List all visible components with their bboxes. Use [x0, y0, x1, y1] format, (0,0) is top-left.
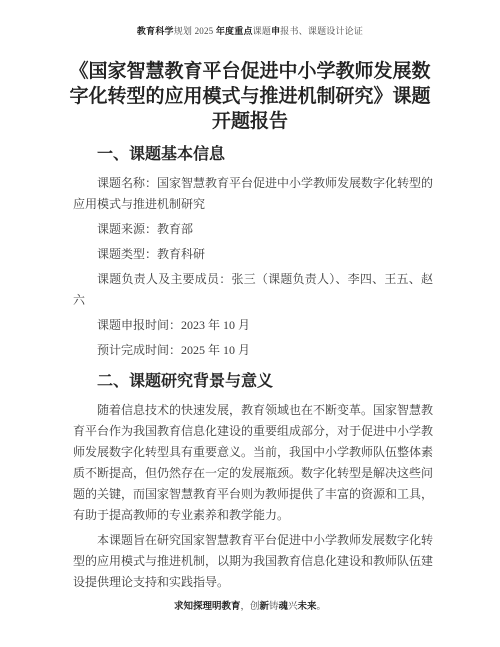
- paragraph-purpose: 本课题旨在研究国家智慧教育平台促进中小学教师发展数字化转型的应用模式与推进机制，…: [73, 530, 433, 593]
- section-heading-background: 二、课题研究背景与意义: [73, 371, 433, 393]
- paragraph-topic-type: 课题类型：教育科研: [73, 244, 433, 265]
- text-segment: 年度重点: [216, 26, 253, 36]
- page-footer-line: 求知探理明教育，创新铸魂兴未来。: [0, 601, 500, 614]
- page-header-line: 教育科学规划 2025 年度重点课题申报书、课题设计论证: [0, 25, 500, 37]
- text-segment: 报书、课题设计论证: [280, 26, 363, 36]
- text-segment: 规划 2025: [174, 26, 216, 36]
- text-segment: 铸: [269, 602, 279, 612]
- paragraph-topic-name: 课题名称：国家智慧教育平台促进中小学教师发展数字化转型的应用模式与推进机制研究: [73, 173, 433, 215]
- paragraph-topic-source: 课题来源：教育部: [73, 219, 433, 240]
- text-segment: 未来: [298, 602, 317, 612]
- text-segment: 教育科学: [137, 26, 174, 36]
- text-segment: 兴: [288, 602, 298, 612]
- text-segment: 求知探理明教育: [174, 602, 241, 612]
- document-page: { "page": { "background": "#ffffff", "bo…: [0, 0, 500, 647]
- paragraph-topic-members: 课题负责人及主要成员：张三（课题负责人）、李四、王五、赵六: [73, 269, 433, 311]
- document-body: 一、课题基本信息 课题名称：国家智慧教育平台促进中小学教师发展数字化转型的应用模…: [73, 144, 433, 593]
- text-segment: ，创: [240, 602, 259, 612]
- text-segment: 课题: [253, 26, 271, 36]
- text-segment: 新: [259, 602, 269, 612]
- paragraph-background: 随着信息技术的快速发展，教育领域也在不断变革。国家智慧教育平台作为我国教育信息化…: [73, 400, 433, 526]
- text-segment: 魂: [279, 602, 289, 612]
- document-title: 《国家智慧教育平台促进中小学教师发展数字化转型的应用模式与推进机制研究》课题开题…: [66, 59, 434, 134]
- text-segment: 。: [317, 602, 327, 612]
- paragraph-finish-date: 预计完成时间：2025 年 10 月: [73, 340, 433, 361]
- section-heading-basic-info: 一、课题基本信息: [73, 144, 433, 166]
- text-segment: 申: [271, 26, 280, 36]
- paragraph-apply-date: 课题申报时间：2023 年 10 月: [73, 315, 433, 336]
